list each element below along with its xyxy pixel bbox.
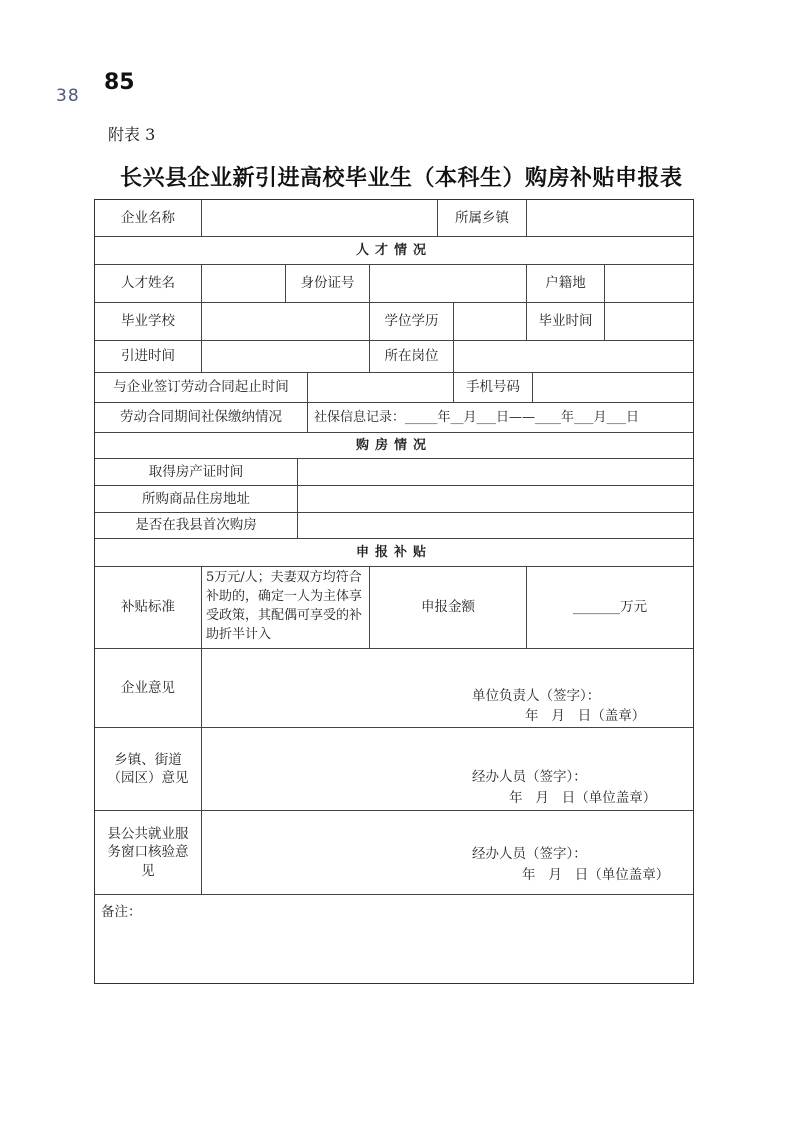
handwritten-note: 38 — [56, 86, 80, 106]
grad-time-field[interactable] — [605, 303, 693, 341]
phone-field[interactable] — [533, 373, 693, 403]
attachment-label: 附表 3 — [108, 122, 155, 145]
company-name-field[interactable] — [202, 200, 438, 237]
position-field[interactable] — [454, 341, 693, 373]
company-signer-line: 单位负责人（签字）： — [472, 687, 600, 705]
first-purchase-label: 是否在我县首次购房 — [95, 513, 298, 539]
deed-time-field[interactable] — [298, 459, 693, 486]
company-opinion-field[interactable]: 单位负责人（签字）： 年 月 日（盖章） — [202, 649, 693, 728]
form-title: 长兴县企业新引进高校毕业生（本科生）购房补贴申报表 — [120, 161, 683, 192]
county-opinion-field[interactable]: 经办人员（签字）： 年 月 日（单位盖章） — [202, 811, 693, 895]
amount-field[interactable]: _______万元 — [527, 567, 693, 649]
first-purchase-field[interactable] — [298, 513, 693, 539]
township-opinion-field[interactable]: 经办人员（签字）： 年 月 日（单位盖章） — [202, 728, 693, 811]
deed-time-label: 取得房产证时间 — [95, 459, 298, 486]
county-date-line: 年 月 日（单位盖章） — [522, 866, 669, 884]
social-security-label: 劳动合同期间社保缴纳情况 — [95, 403, 308, 433]
township-opinion-label: 乡镇、街道（园区）意见 — [95, 728, 202, 811]
subsidy-application-form: 企业名称 所属乡镇 人才情况 人才姓名 身份证号 户籍地 毕业学校 学位学历 毕… — [94, 199, 694, 984]
contract-period-field[interactable] — [308, 373, 454, 403]
position-label: 所在岗位 — [370, 341, 454, 373]
section-subsidy-header: 申报补贴 — [95, 539, 693, 567]
school-label: 毕业学校 — [95, 303, 202, 341]
phone-label: 手机号码 — [454, 373, 533, 403]
subsidy-standard-label: 补贴标准 — [95, 567, 202, 649]
id-number-field[interactable] — [370, 265, 527, 303]
page-number: 85 — [104, 70, 135, 95]
degree-field[interactable] — [454, 303, 527, 341]
hukou-field[interactable] — [605, 265, 693, 303]
remarks-label: 备注： — [101, 903, 142, 921]
township-field[interactable] — [527, 200, 693, 237]
company-opinion-label: 企业意见 — [95, 649, 202, 728]
contract-period-label: 与企业签订劳动合同起止时间 — [95, 373, 308, 403]
degree-label: 学位学历 — [370, 303, 454, 341]
township-date-line: 年 月 日（单位盖章） — [509, 789, 656, 807]
section-talent-header: 人才情况 — [95, 237, 693, 265]
section-house-header: 购房情况 — [95, 433, 693, 459]
intro-time-field[interactable] — [202, 341, 370, 373]
grad-time-label: 毕业时间 — [527, 303, 605, 341]
subsidy-standard-text: 5万元/人；夫妻双方均符合补助的，确定一人为主体享受政策，其配偶可享受的补助折半… — [202, 567, 370, 649]
social-security-record-field[interactable]: 社保信息记录：_____年__月___日——____年___月___日 — [308, 403, 693, 433]
intro-time-label: 引进时间 — [95, 341, 202, 373]
county-opinion-label: 县公共就业服务窗口核验意见 — [95, 811, 202, 895]
talent-name-field[interactable] — [202, 265, 286, 303]
house-address-field[interactable] — [298, 486, 693, 513]
township-label: 所属乡镇 — [438, 200, 527, 237]
hukou-label: 户籍地 — [527, 265, 605, 303]
house-address-label: 所购商品住房地址 — [95, 486, 298, 513]
company-date-line: 年 月 日（盖章） — [525, 707, 645, 725]
talent-name-label: 人才姓名 — [95, 265, 202, 303]
county-signer-line: 经办人员（签字）： — [472, 845, 587, 863]
amount-label: 申报金额 — [370, 567, 527, 649]
school-field[interactable] — [202, 303, 370, 341]
id-number-label: 身份证号 — [286, 265, 370, 303]
township-signer-line: 经办人员（签字）： — [472, 768, 587, 786]
company-name-label: 企业名称 — [95, 200, 202, 237]
remarks-field[interactable]: 备注： — [95, 895, 693, 983]
